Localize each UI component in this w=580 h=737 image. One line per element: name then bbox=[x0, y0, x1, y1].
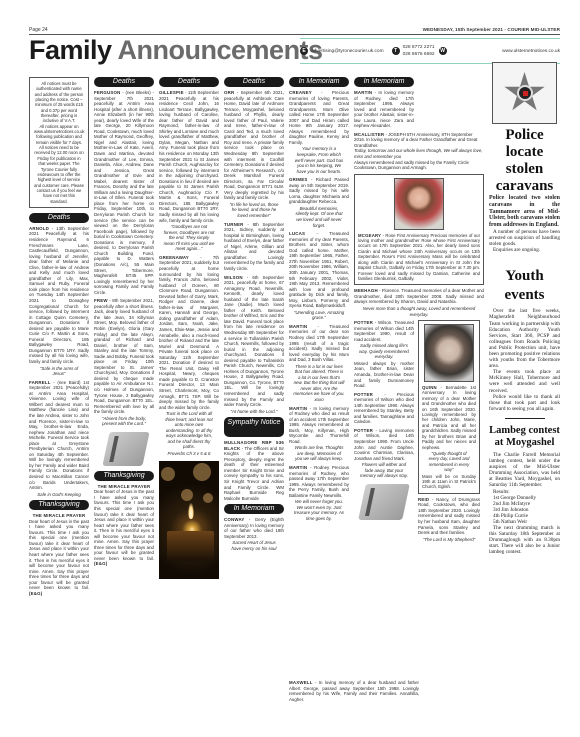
prayer-signature: (E&G) bbox=[29, 591, 42, 596]
news-sidebar: Police locate stolen caravans Police loc… bbox=[489, 62, 560, 722]
notice-verse: Words are few, Thoughts are deep, Memori… bbox=[293, 445, 345, 462]
potter-quinn-row: POTTER - Wilson. Treasured memories of W… bbox=[354, 320, 484, 545]
police-star-icon bbox=[504, 72, 546, 114]
notice-name: TURNER bbox=[224, 222, 244, 227]
notice-verse: "Absent from the body, present with the … bbox=[98, 416, 150, 427]
title-word-announcements: Announcements bbox=[118, 35, 323, 65]
notice-name: WILSON bbox=[224, 275, 243, 280]
phone-icon: T bbox=[392, 47, 400, 55]
notice-text: - Treasured memories of our dear son Rod… bbox=[289, 324, 349, 362]
notice-verse: Beautiful memories, silently kept. Of on… bbox=[293, 206, 345, 228]
notice-text: - Precious memories of loving Parents, G… bbox=[289, 90, 349, 145]
phone-1[interactable]: 028 8772 2271 bbox=[403, 45, 435, 50]
bokeh-light bbox=[181, 489, 193, 501]
potter-notices: POTTER - Wilson. Treasured memories of W… bbox=[354, 320, 414, 545]
notice-meehagh: MEEHAGH - Florence. Treasured memories o… bbox=[354, 288, 484, 317]
notice-name: GILLESPIE bbox=[159, 90, 184, 95]
notice-name: MEEHAGH bbox=[354, 288, 378, 293]
notice-name: LUCAS bbox=[289, 231, 305, 236]
notice-orr: ORR - September 6th 2021, peacefully at … bbox=[224, 90, 284, 219]
notice-farrell: FARRELL - (nee Baird) 1st September 2021… bbox=[29, 380, 89, 497]
bible-graphic-2 bbox=[354, 482, 414, 522]
notice-conway: CONWAY - Gerry (Eighth Anniversary) In l… bbox=[224, 517, 284, 551]
notice-verse: "At home with the Lord." bbox=[228, 409, 280, 415]
section-header-deaths: Deaths bbox=[159, 77, 219, 87]
notice-name: MAXWELL bbox=[289, 680, 313, 685]
notice-name: MCGEARY bbox=[358, 233, 381, 238]
notice-info-box: All notices must be authenticated with n… bbox=[29, 77, 89, 208]
section-header-in-memoriam: In Memoriam bbox=[354, 77, 414, 87]
notice-text: - Loving memories of Wilson, died 14th S… bbox=[354, 428, 414, 461]
notice-martin-1: MARTIN - Treasured memories of our dear … bbox=[289, 324, 349, 403]
prayer-body: Dear heart of Jesus in the past I have a… bbox=[29, 519, 89, 591]
notice-potter-1: POTTER - Wilson. Treasured memories of W… bbox=[354, 320, 414, 389]
notice-text: - 8th September 2021, peacefully after a… bbox=[94, 298, 154, 414]
page-number: Page 24 bbox=[29, 27, 48, 33]
notice-name: MARTIN bbox=[354, 90, 372, 95]
notice-text: - In loving memory of Rodney, died 17th … bbox=[354, 90, 414, 128]
notice-greenaway: GREENAWAY - 7th September 2021, suddenly… bbox=[159, 255, 219, 457]
notice-name: POTTER bbox=[354, 392, 373, 397]
caravans-p1: A number of persons have been arrested o… bbox=[489, 229, 560, 247]
notice-text: - (nee Bleeks) - September 7th 2021 peac… bbox=[94, 90, 154, 295]
dateline: WEDNESDAY, 15th September 2021 - COURIER… bbox=[423, 27, 560, 32]
notice-text: Mass will be on Sunday 19th at 11am in S… bbox=[422, 474, 476, 490]
column-1: All notices must be authenticated with n… bbox=[29, 77, 89, 727]
notice-verse: Trust in the Lord with all thine heart; … bbox=[163, 411, 215, 450]
lambeg-p1: The Charlie Farrell Memorial lambeg cont… bbox=[489, 452, 560, 489]
notice-verse: Sadly missed along life's way. Quietly r… bbox=[358, 343, 410, 360]
column-3: Deaths GILLESPIE - 11th September 2021 P… bbox=[159, 77, 219, 727]
story-divider bbox=[505, 418, 545, 419]
web-icon: W bbox=[439, 47, 447, 55]
contact-rule-top bbox=[300, 38, 560, 39]
notice-name: MARTIN bbox=[289, 324, 307, 329]
column-6: In Memoriam MARTIN - In loving memory of… bbox=[354, 77, 484, 677]
notice-text: - Rose First Anniversary Precious memori… bbox=[358, 233, 480, 281]
notice-verse: Sacred Heart of Jesus have mercy on his … bbox=[228, 540, 280, 551]
mcgeary-photo bbox=[394, 178, 444, 230]
notice-mcgeary-box: MCGEARY - Rose First Anniversary Preciou… bbox=[354, 174, 484, 286]
section-header-thanksgiving: Thanksgiving bbox=[29, 500, 89, 510]
notice-verse: "Quietly thought of every day, Loved and… bbox=[426, 451, 472, 473]
headline-lambeg: Lambeg contest at Moygashel bbox=[489, 425, 560, 449]
contact-bar: E advertising@tyronecourier.uk.com T 028… bbox=[300, 40, 560, 62]
notice-text: - In loving memory of Rodney who died as… bbox=[289, 406, 349, 444]
notice-text: - (nee Baird) 1st September 2021 (Peacef… bbox=[29, 380, 89, 490]
bible-icon bbox=[102, 432, 149, 466]
notice-verse: There is a lot in our lives that has alt… bbox=[293, 364, 345, 403]
notice-name: GRIMES bbox=[289, 177, 308, 182]
youth-p1: Over the last five weeks, Magherafelt Ne… bbox=[489, 308, 560, 369]
bokeh-light bbox=[161, 467, 175, 481]
notice-martin-3: MARTIN - Rodney Precious memories of Rod… bbox=[289, 465, 349, 521]
website-link[interactable]: www.ulsternetnotices.co.uk bbox=[502, 49, 560, 54]
column-2: Deaths FERGUSON - (nee Bleeks) - Septemb… bbox=[94, 77, 154, 727]
notice-verse: Never more than a thought away, Loved an… bbox=[358, 306, 480, 317]
notice-maxwell: MAXWELL - In loving memory of a dear hus… bbox=[289, 680, 419, 710]
notice-gillespie: GILLESPIE - 11th September 2021 Peaceful… bbox=[159, 90, 219, 252]
notice-name: MARTIN bbox=[289, 406, 307, 411]
phone-numbers: 028 8772 2271028 8676 6692 bbox=[403, 44, 435, 58]
bokeh-light bbox=[203, 493, 213, 503]
notice-text: Always remembered and sadly missed by th… bbox=[354, 160, 469, 171]
page-title: Family Announcements bbox=[29, 36, 323, 64]
notice-text: - Precious memories of Wilson who died 1… bbox=[354, 392, 414, 425]
notice-name: QUINN bbox=[422, 385, 437, 390]
notice-verse: Flowers will wither and fade away, But y… bbox=[358, 462, 410, 479]
notice-text: - Bernadette 1st Anniversary In loving m… bbox=[422, 385, 476, 449]
notice-name: FARRELL bbox=[29, 380, 51, 385]
notice-verse: Today, tomorrow and our whole lives thro… bbox=[354, 148, 484, 159]
headline-youth-events: Youth events bbox=[489, 267, 560, 305]
section-header-thanksgiving: Thanksgiving bbox=[94, 471, 154, 481]
headline-caravans: Police locate stolen caravans bbox=[489, 127, 560, 195]
notice-name: GREENAWAY bbox=[159, 255, 189, 260]
notice-verse: We will never forget you. We won't even … bbox=[293, 499, 345, 521]
caravans-lead: Police located two stolen caravans in th… bbox=[489, 195, 560, 229]
notice-name: ARNOLD bbox=[29, 226, 49, 231]
notice-quinn-box: QUINN - Bernadette 1st Anniversary In lo… bbox=[418, 320, 480, 494]
notice-name: CONWAY bbox=[224, 517, 245, 522]
notice-verse: "Safe in the arms of Jesus" bbox=[33, 366, 85, 377]
prayer-text: Dear heart of Jesus in the past I have a… bbox=[94, 489, 154, 567]
notice-mcallister: MCALLISTER - JOSEPH 5TH Anniversary, 8TH… bbox=[354, 132, 484, 171]
notice-verse: "Goodbyes are not forever, Goodbyes are … bbox=[163, 224, 215, 252]
column-5: In Memoriam CREANEY - Precious memories … bbox=[289, 77, 349, 667]
notice-text: - 6th September 2021, peacefully at home… bbox=[224, 275, 284, 408]
youth-p2: The events took place at McKinney Hall, … bbox=[489, 369, 560, 393]
notice-sympathy: MULLNAGORE RBP 536 BLACK - The Officers … bbox=[224, 440, 284, 501]
prayer-text: Dear heart of Jesus in the past I have a… bbox=[29, 519, 89, 597]
prayer-signature: (E&G) bbox=[94, 561, 107, 566]
candle-photo bbox=[159, 461, 219, 579]
info-text-3: All notices need to be received by 12.00… bbox=[34, 145, 84, 204]
phone-2[interactable]: 028 8676 6692 bbox=[403, 52, 435, 57]
section-header-deaths: Deaths bbox=[94, 77, 154, 87]
notice-name: FERGUSON bbox=[94, 90, 120, 95]
notice-text: - Rodney Precious memories of Rodney, wh… bbox=[289, 465, 349, 498]
notice-name: POTTER bbox=[354, 320, 373, 325]
bible-graphic-1 bbox=[94, 430, 154, 468]
notice-verse-reference: Proverbs Ch 3 v 5 & 6 bbox=[163, 451, 215, 457]
info-text-2: All notices appear on www.ulsternetnotic… bbox=[34, 124, 84, 145]
email-icon: E bbox=[300, 47, 308, 55]
lambeg-p2: The next drumming match is this Saturday… bbox=[489, 525, 560, 555]
section-header-deaths: Deaths bbox=[29, 213, 89, 223]
prayer-body: Dear heart of Jesus in the past I have a… bbox=[94, 489, 154, 561]
notice-text: - 13th September 2021 Peacefully at his … bbox=[29, 226, 89, 364]
notice-name: MCALLISTER bbox=[354, 132, 384, 137]
notice-name: REID bbox=[418, 497, 429, 502]
candle-cup bbox=[167, 531, 214, 561]
notice-verse: Your memory is a keepsake, From which we… bbox=[293, 146, 345, 174]
mcgeary-text: MCGEARY - Rose First Anniversary Preciou… bbox=[358, 233, 480, 282]
notice-verse: "Unending Love, Amazing grace." bbox=[293, 310, 345, 321]
caravans-p2: Enquiries are ongoing. bbox=[489, 247, 560, 253]
notice-text: - 8th September 2021, Sidney, suddenly a… bbox=[224, 222, 284, 271]
notice-potter-2: POTTER - Precious memories of Wilson who… bbox=[354, 392, 414, 425]
notice-martin: MARTIN - In loving memory of Rodney, die… bbox=[354, 90, 414, 129]
notice-reid: REID - Nancy, of Drumgrass Road, Cooksto… bbox=[418, 497, 480, 542]
notice-martin-2: MARTIN - In loving memory of Rodney who … bbox=[289, 406, 349, 462]
notice-text: Missed always by mother Jean, father Bri… bbox=[354, 361, 414, 388]
bible-icon bbox=[358, 484, 410, 520]
info-text-1: All notices must be authenticated with n… bbox=[34, 81, 84, 124]
column-4: Deaths ORR - September 6th 2021, peacefu… bbox=[224, 77, 284, 727]
notice-verse: "The Lord is My Shepherd" bbox=[422, 537, 476, 543]
section-header-sympathy: Sympathy Notice bbox=[224, 417, 284, 437]
notice-name: FREW bbox=[94, 298, 108, 303]
section-header-in-memoriam: In Memoriam bbox=[289, 77, 349, 87]
quinn-photo bbox=[424, 324, 474, 382]
notice-ferguson: FERGUSON - (nee Bleeks) - September 7th … bbox=[94, 90, 154, 295]
notice-lucas: LUCAS - Treasured memories of my dear Pa… bbox=[289, 231, 349, 321]
notice-name: POTTER bbox=[354, 428, 373, 433]
notice-text: - Nancy, of Drumgrass Road, Cookstown, w… bbox=[418, 497, 480, 535]
notice-grimes: GRIMES - Richard Passed away on 5th Sept… bbox=[289, 177, 349, 228]
notice-text: - 11th September 2021 Peacefully at his … bbox=[159, 90, 219, 223]
bokeh-light bbox=[193, 463, 211, 481]
notice-creaney: CREANEY - Precious memories of loving Pa… bbox=[289, 90, 349, 174]
email-address[interactable]: advertising@tyronecourier.uk.com bbox=[311, 49, 384, 54]
notice-text: - The Officers and Sir Knights of the ab… bbox=[224, 446, 284, 501]
notice-text: - Treasured memories of my dear Parents,… bbox=[289, 231, 349, 308]
section-header-in-memoriam: In Memoriam bbox=[224, 504, 284, 514]
notice-text: - September 6th 2021, peacefully at Ashb… bbox=[224, 90, 284, 200]
candle-flame-icon bbox=[188, 503, 194, 519]
notice-name: CREANEY bbox=[289, 90, 312, 95]
youth-p3: Police would like to thank all those tha… bbox=[489, 394, 560, 412]
police-badge-image bbox=[492, 62, 557, 124]
notice-verse: "In life he loved us, those he loved, an… bbox=[228, 202, 280, 219]
section-header-deaths: Deaths bbox=[224, 77, 284, 87]
quinn-reid-notices: QUINN - Bernadette 1st Anniversary In lo… bbox=[418, 320, 480, 545]
notice-wilson: WILSON - 6th September 2021, peacefully … bbox=[224, 275, 284, 415]
notice-name: MARTIN bbox=[289, 465, 307, 470]
title-word-family: Family bbox=[29, 35, 112, 65]
notice-frew: FREW - 8th September 2021, peacefully af… bbox=[94, 298, 154, 427]
notice-text: - 7th September 2021, suddenly but peace… bbox=[159, 255, 219, 410]
notice-potter-3: POTTER - Loving memories of Wilson, died… bbox=[354, 428, 414, 479]
notice-name: ORR bbox=[224, 90, 234, 95]
notice-turner: TURNER - 8th September 2021, Sidney, sud… bbox=[224, 222, 284, 272]
notice-arnold: ARNOLD - 13th September 2021 Peacefully … bbox=[29, 226, 89, 377]
notice-verse: Safe in God's Keeping bbox=[33, 492, 85, 498]
